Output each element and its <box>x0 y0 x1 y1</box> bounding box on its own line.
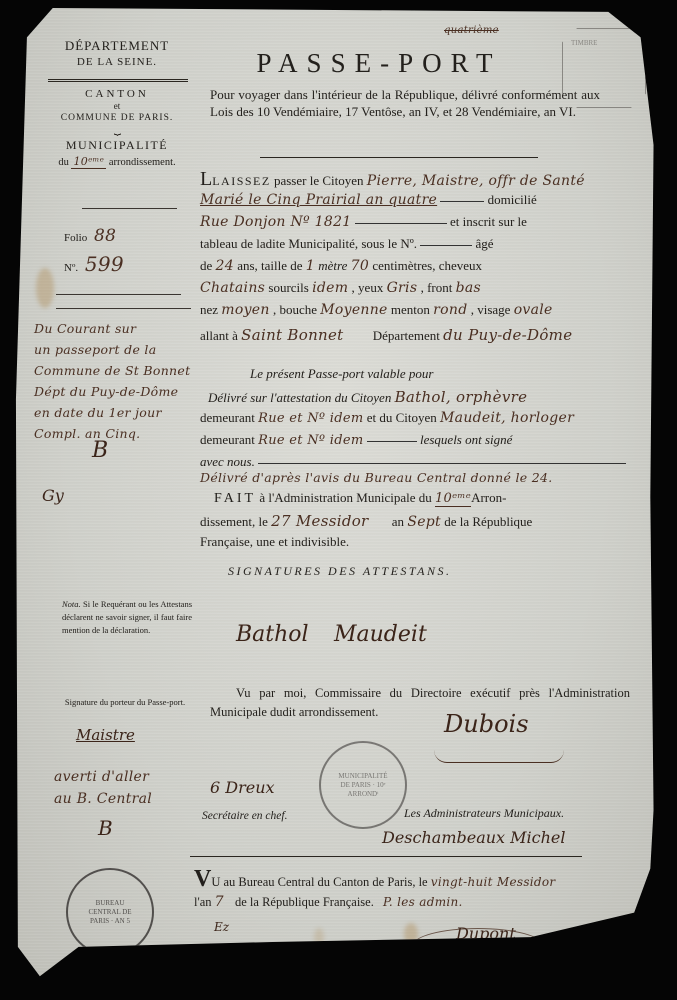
demeurant-label: demeurant <box>200 410 255 425</box>
porteur-note: averti d'aller au B. Central <box>54 766 152 810</box>
secretaire-label: Secrétaire en chef. <box>202 810 287 822</box>
dept-label: Département <box>373 328 440 343</box>
fill-line <box>367 441 417 442</box>
bureau-central-stamp: BUREAU CENTRAL DE PARIS · AN 5 <box>66 868 154 956</box>
signature-maudeit: Maudeit <box>334 622 427 647</box>
attestation-line: Délivré sur l'attestation du Citoyen Bat… <box>200 388 640 410</box>
de-label: de <box>200 258 212 273</box>
valable-line: Le présent Passe-port valable pour <box>200 366 640 388</box>
margin-note-line: Commune de St Bonnet <box>34 360 204 381</box>
canton-block: CANTON et COMMUNE DE PARIS. ⏟ MUNICIPALI… <box>42 88 192 168</box>
title-subtitle: Pour voyager dans l'intérieur de la Répu… <box>210 86 600 120</box>
paper-stain <box>314 928 324 946</box>
divider <box>56 294 181 295</box>
fait-label: FAIT <box>214 491 256 506</box>
left-header: DÉPARTEMENT DE LA SEINE. <box>42 38 192 68</box>
year-hand: Sept <box>407 514 441 530</box>
commissaire-signature: Dubois <box>444 710 529 738</box>
destination-value: Saint Bonnet <box>241 326 343 344</box>
tableau-label: tableau de ladite Municipalité, sous le … <box>200 236 417 251</box>
arron-label: Arron- <box>471 490 506 505</box>
margin-note-line: Du Courant sur <box>34 318 204 339</box>
fill-line <box>355 223 447 224</box>
an-label: an <box>392 514 404 529</box>
an-value: 7 <box>215 894 224 910</box>
paper-stain <box>36 268 54 308</box>
fait-rest: à l'Administration Municipale du <box>259 490 431 505</box>
department-value: du Puy-de-Dôme <box>443 326 572 344</box>
address-hand: Rue Donjon Nº 1821 <box>200 214 352 230</box>
vu-dropcap: V <box>194 866 211 892</box>
date-line: dissement, le 27 Messidor an Sept de la … <box>200 512 640 534</box>
arrond-suffix: arrondissement. <box>109 157 176 168</box>
laissez-line: LLAISSEZ passer le Citoyen Pierre, Maist… <box>200 168 640 192</box>
page-title: PASSE-PORT <box>214 48 544 79</box>
allant-label: allant à <box>200 328 238 343</box>
signature-bathol: Bathol <box>236 622 309 647</box>
final-flourish <box>412 928 544 964</box>
fill-line <box>420 245 472 246</box>
final-initial: Ez <box>214 920 229 934</box>
margin-note: Du Courant sur un passeport de la Commun… <box>34 318 204 444</box>
cm-label: centimètres, cheveux <box>372 258 482 273</box>
face-line: nez moyen , bouche Moyenne menton rond ,… <box>200 302 640 326</box>
department-label: DÉPARTEMENT <box>42 38 192 54</box>
marriage-line: Marié le Cinq Prairial an quatre domicil… <box>200 192 640 214</box>
divider <box>48 79 188 82</box>
visage-value: ovale <box>514 302 553 318</box>
bureau-year-line: l'an 7 de la République Française. P. le… <box>194 894 463 910</box>
department-sub: DE LA SEINE. <box>42 56 192 68</box>
signatures-title: SIGNATURES DES ATTESTANS. <box>200 564 640 586</box>
hair-value: Chatains <box>200 280 265 296</box>
vu-bureau-text: U au Bureau Central du Canton de Paris, … <box>211 875 427 889</box>
yeux-label: , yeux <box>352 280 384 295</box>
body-text: LLAISSEZ passer le Citoyen Pierre, Maist… <box>200 168 640 586</box>
taille-label: ans, taille de <box>237 258 302 273</box>
inscrit-label: et inscrit sur le <box>450 214 527 229</box>
folio-label: Folio <box>64 232 87 244</box>
tax-stamp-text: TIMBRE <box>571 39 645 47</box>
menton-label: menton <box>391 302 430 317</box>
nez-label: nez <box>200 302 218 317</box>
francaise-line: Française, une et indivisible. <box>200 534 640 564</box>
vu-rest: de la République Française. <box>235 895 374 909</box>
crossed-text: quatrième <box>444 25 499 36</box>
margin-note-line: un passeport de la <box>34 339 204 360</box>
signature-flourish <box>434 750 564 763</box>
tableau-line: tableau de ladite Municipalité, sous le … <box>200 236 640 258</box>
numero-label: Nº. <box>64 262 78 274</box>
brace-ornament: ⏟ <box>42 121 192 136</box>
paper-stain <box>404 923 418 945</box>
bureau-central-line: VU au Bureau Central du Canton de Paris,… <box>194 866 634 893</box>
divider <box>82 208 177 209</box>
porteur-paraph: B <box>98 816 113 840</box>
vu-date-hand: vingt-huit Messidor <box>431 875 556 889</box>
tax-stamp: TIMBRE <box>562 28 646 108</box>
commissaire-text: Vu par moi, Commissaire du Directoire ex… <box>210 684 630 722</box>
dissement-label: dissement, le <box>200 514 268 529</box>
municipal-stamp-text: MUNICIPALITÉ DE PARIS · 10ᵉ ARRONDᵗ <box>333 772 393 799</box>
nez-value: moyen <box>221 302 269 318</box>
stamp-text: BUREAU CENTRAL DE PARIS · AN 5 <box>80 899 140 926</box>
cm-value: 70 <box>351 258 369 274</box>
administrateurs-signatures: Deschambeaux Michel <box>382 828 566 847</box>
divider <box>190 856 582 857</box>
delivre-label: Délivré sur l'attestation du Citoyen <box>208 390 391 405</box>
address-line: Rue Donjon Nº 1821 et inscrit sur le <box>200 214 640 236</box>
demeurant-label: demeurant <box>200 432 255 447</box>
date-hand: 27 Messidor <box>271 512 368 530</box>
canton-label: CANTON <box>42 88 192 100</box>
lesquels-label: lesquels ont signé <box>420 432 512 447</box>
porteur-note-line: averti d'aller <box>54 766 152 788</box>
front-label: , front <box>421 280 453 295</box>
witness1-address-line: demeurant Rue et Nº idem et du Citoyen M… <box>200 410 640 432</box>
metre-label: mètre <box>318 258 347 273</box>
et-du-label: et du Citoyen <box>367 410 437 425</box>
yeux-value: Gris <box>387 280 418 296</box>
avec-nous-label: avec nous. <box>200 454 255 469</box>
metre-value: 1 <box>306 258 315 274</box>
fait-line: FAIT à l'Administration Municipale du 10… <box>200 490 640 512</box>
sourcils-value: idem <box>312 280 348 296</box>
numero-value: 599 <box>85 252 124 276</box>
republique-label: de la République <box>444 514 532 529</box>
municipalite-label: MUNICIPALITÉ <box>42 138 192 153</box>
witness1-value: Bathol, orphèvre <box>395 388 528 406</box>
arrondissement-line: du 10ᵉᵐᵉ arrondissement. <box>42 155 192 168</box>
menton-value: rond <box>433 302 467 318</box>
nota-label: Nota. <box>62 599 81 609</box>
et-label: et <box>42 101 192 111</box>
administrateurs-label: Les Administrateurs Municipaux. <box>404 806 564 821</box>
delivre-note: Délivré d'après l'avis du Bureau Central… <box>200 470 640 490</box>
arrond-prefix: du <box>58 157 69 168</box>
divider <box>56 308 191 309</box>
laissez-label: LAISSEZ <box>212 174 271 188</box>
divider <box>260 157 538 158</box>
sourcils-label: sourcils <box>268 280 308 295</box>
fill-line <box>258 463 626 464</box>
witness2-address: Rue et Nº idem <box>258 433 363 448</box>
marriage-hand: Marié le Cinq Prairial an quatre <box>200 192 437 208</box>
age-height-line: de 24 ans, taille de 1 mètre 70 centimèt… <box>200 258 640 280</box>
porteur-label: Signature du porteur du Passe-port. <box>60 696 190 709</box>
front-value: bas <box>456 280 481 296</box>
nota-block: Nota. Si le Requérant ou les Attestans d… <box>62 598 192 637</box>
fill-line <box>440 201 484 202</box>
bouche-label: , bouche <box>273 302 317 317</box>
laissez-rest: passer le Citoyen <box>274 173 364 188</box>
numero-line: Nº. 599 <box>64 252 124 276</box>
arrond-hand: 10ᵉᵐᵉ <box>71 155 106 169</box>
avec-nous-line: avec nous. <box>200 454 640 470</box>
fait-arrondissement: 10ᵉᵐᵉ <box>435 491 471 507</box>
bouche-value: Moyenne <box>320 302 387 318</box>
laissez-dropcap: L <box>200 168 212 190</box>
passport-document: DÉPARTEMENT DE LA SEINE. CANTON et COMMU… <box>14 8 660 986</box>
porteur-note-line: au B. Central <box>54 788 152 810</box>
destination-line: allant à Saint Bonnet Département du Puy… <box>200 326 640 366</box>
citizen-name: Pierre, Maistre, offr de Santé <box>367 173 585 189</box>
witness2-value: Maudeit, horloger <box>440 410 574 426</box>
an-label: l'an <box>194 895 212 909</box>
porteur-signature: Maistre <box>76 726 135 744</box>
visage-label: , visage <box>471 302 511 317</box>
margin-note-line: Compl. an Cinq. <box>34 423 204 444</box>
witness2-address-line: demeurant Rue et Nº idem lesquels ont si… <box>200 432 640 454</box>
margin-note-line: Dépt du Puy-de-Dôme <box>34 381 204 402</box>
age-label: âgé <box>476 236 494 251</box>
municipal-stamp: MUNICIPALITÉ DE PARIS · 10ᵉ ARRONDᵗ <box>319 741 407 829</box>
margin-note-line: en date du 1er jour <box>34 402 204 423</box>
folio-line: Folio 88 <box>64 226 116 246</box>
folio-value: 88 <box>94 226 116 246</box>
nota-text: Si le Requérant ou les Attestans déclare… <box>62 599 192 635</box>
margin-paraph-2: Gy <box>42 486 64 505</box>
domicilie-label: domicilié <box>488 192 537 207</box>
secretaire-signature: 6 Dreux <box>210 778 275 797</box>
margin-paraph: B <box>92 438 108 463</box>
pour-admin: P. les admin. <box>383 895 463 909</box>
hair-eyes-line: Chatains sourcils idem , yeux Gris , fro… <box>200 280 640 302</box>
age-value: 24 <box>216 258 234 274</box>
witness1-address: Rue et Nº idem <box>258 411 363 426</box>
